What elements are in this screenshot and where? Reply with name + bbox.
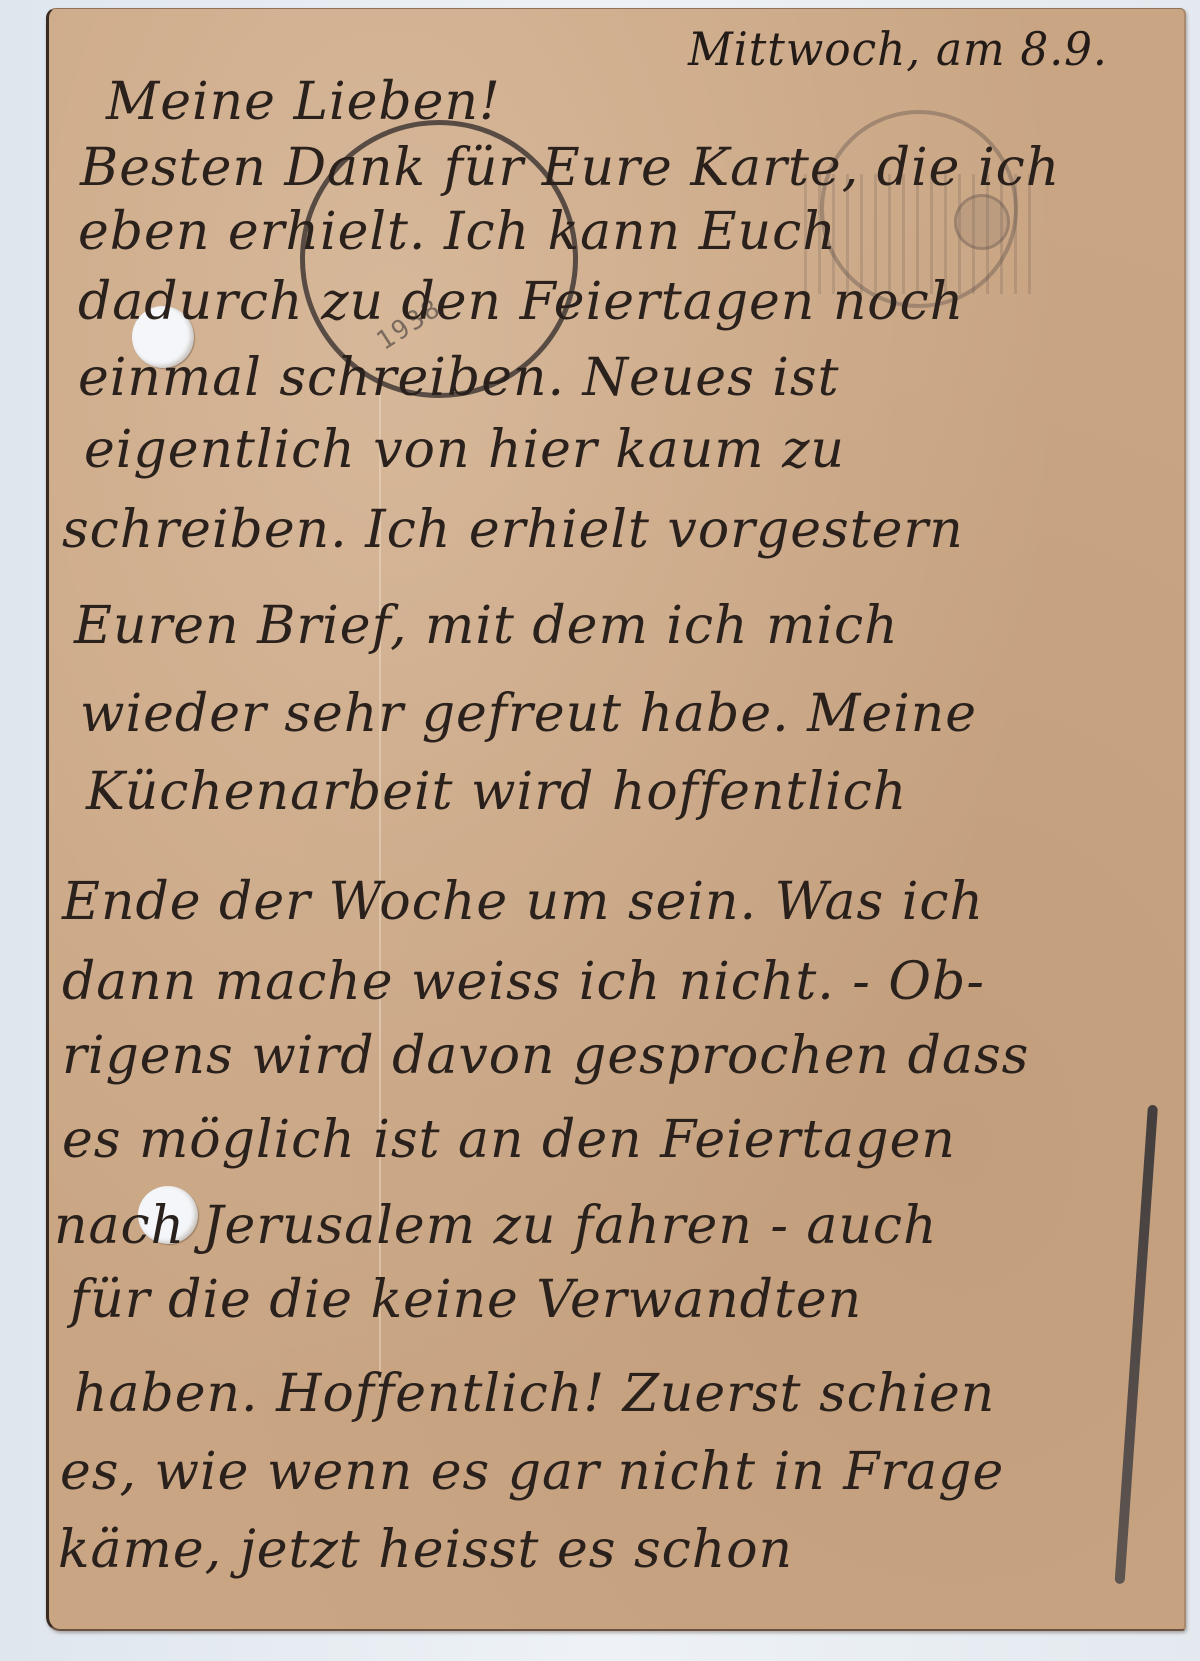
text-line: es, wie wenn es gar nicht in Frage <box>60 1442 1004 1502</box>
text-line: Besten Dank für Eure Karte, die ich <box>80 138 1060 198</box>
text-line: es möglich ist an den Feiertagen <box>62 1110 956 1170</box>
text-line: dann mache weiss ich nicht. - Ob- <box>62 952 985 1012</box>
text-line: dadurch zu den Feiertagen noch <box>78 272 964 332</box>
handwritten-text: Mittwoch, am 8.9. Meine Lieben! Besten D… <box>0 0 1200 1661</box>
text-line: Ende der Woche um sein. Was ich <box>62 872 984 932</box>
text-line: wieder sehr gefreut habe. Meine <box>80 684 977 744</box>
text-line: einmal schreiben. Neues ist <box>78 348 840 408</box>
text-line: nach Jerusalem zu fahren - auch <box>54 1196 938 1256</box>
dateline: Mittwoch, am 8.9. <box>688 22 1108 76</box>
text-line: schreiben. Ich erhielt vorgestern <box>62 500 964 560</box>
text-line: eben erhielt. Ich kann Euch <box>78 202 837 262</box>
text-line: eigentlich von hier kaum zu <box>84 420 845 480</box>
text-line: Euren Brief, mit dem ich mich <box>74 596 899 656</box>
salutation: Meine Lieben! <box>106 72 501 132</box>
text-line: haben. Hoffentlich! Zuerst schien <box>74 1364 995 1424</box>
text-line: Küchenarbeit wird hoffentlich <box>86 762 907 822</box>
text-line: für die die keine Verwandten <box>70 1270 862 1330</box>
text-line: rigens wird davon gesprochen dass <box>62 1026 1029 1086</box>
text-line: käme, jetzt heisst es schon <box>58 1520 793 1580</box>
